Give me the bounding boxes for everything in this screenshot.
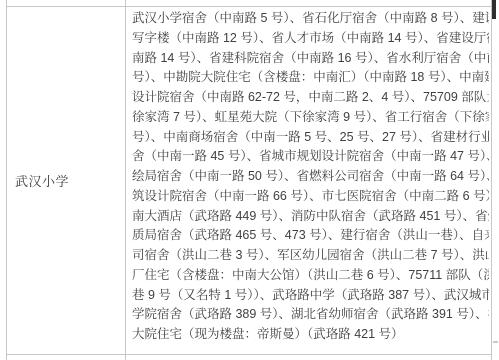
residence-line: 徐家湾 7 号）、虹星苑大院（下徐家湾 9 号）、省工行宿舍（下徐家湾 18 xyxy=(132,108,489,128)
residence-line: 司宿舍（洪山二巷 3 号）、军区幼儿园宿舍（洪山二巷 7 号）、洪山制药 xyxy=(132,246,489,266)
residence-line: 设计院宿舍（中南路 62-72 号，中南二路 2、4 号）、75709 部队大院… xyxy=(132,88,489,108)
table-row-partial-top xyxy=(7,0,491,7)
residence-line: 舍（中南一路 45 号）、省城市规划设计院宿舍（中南一路 47 号）、省测 xyxy=(132,147,489,167)
scrollbar-thumb[interactable] xyxy=(492,0,496,19)
residence-line: 南路 14 号）、省建科院宿舍（中南路 16 号）、省水利厅宿舍（中南路 17 xyxy=(132,49,489,69)
page: 武汉小学 武汉小学宿舍（中南路 5 号）、省石化厅宿舍（中南路 8 号）、建设大… xyxy=(0,0,499,360)
residence-line: 巷 9 号（又名特 1 号））、武珞路中学（武珞路 387 号）、武汉城市职业 xyxy=(132,286,489,306)
partial-cell-right xyxy=(126,0,491,6)
partial-cell-left xyxy=(7,355,126,360)
residence-line: 南大酒店（武珞路 449 号）、消防中队宿舍（武珞路 451 号）、省煤田地 xyxy=(132,207,489,227)
residence-line: 号）、中勘院大院住宅（含楼盘：中南汇）（中南路 18 号）、中南建筑 xyxy=(132,68,489,88)
partial-cell-left xyxy=(7,0,126,6)
residence-list-cell: 武汉小学宿舍（中南路 5 号）、省石化厅宿舍（中南路 8 号）、建设大厦 写字楼… xyxy=(126,7,491,354)
residence-line: 写字楼（中南路 12 号）、省人才市场（中南路 14 号）、省建设厅宿舍（中 xyxy=(132,29,489,49)
residence-line: 厂住宅（含楼盘：中南大公馆）（洪山二巷 6 号）、75711 部队（洪山二 xyxy=(132,266,489,286)
residence-line: 武汉小学宿舍（中南路 5 号）、省石化厅宿舍（中南路 8 号）、建设大厦 xyxy=(132,9,489,29)
table-row: 武汉小学 武汉小学宿舍（中南路 5 号）、省石化厅宿舍（中南路 8 号）、建设大… xyxy=(7,7,491,355)
partial-cell-right xyxy=(126,355,491,360)
residence-line: 绘局宿舍（中南一路 50 号）、省燃料公司宿舍（中南一路 64 号）、省建 xyxy=(132,167,489,187)
residence-line: 大院住宅（现为楼盘：帝斯曼）（武珞路 421 号） xyxy=(132,325,489,345)
school-name: 武汉小学 xyxy=(15,171,69,190)
table-row-partial-bottom xyxy=(7,355,491,360)
residence-table: 武汉小学 武汉小学宿舍（中南路 5 号）、省石化厅宿舍（中南路 8 号）、建设大… xyxy=(6,0,492,360)
residence-line: 学院宿舍（武珞路 389 号）、湖北省幼师宿舍（武珞路 391 号）、机械厅 xyxy=(132,305,489,325)
residence-line: 质局宿舍（武珞路 465 号、473 号）、建行宿舍（洪山一巷）、自来水公 xyxy=(132,226,489,246)
scrollbar-track-mark xyxy=(493,341,498,343)
residence-line: 号）、中南商场宿舍（中南一路 5 号、25 号、27 号）、省建材行业办宿 xyxy=(132,128,489,148)
residence-line: 筑设计院宿舍（中南一路 66 号）、市七医院宿舍（中南二路 6 号）、中 xyxy=(132,187,489,207)
school-name-cell: 武汉小学 xyxy=(7,7,126,354)
